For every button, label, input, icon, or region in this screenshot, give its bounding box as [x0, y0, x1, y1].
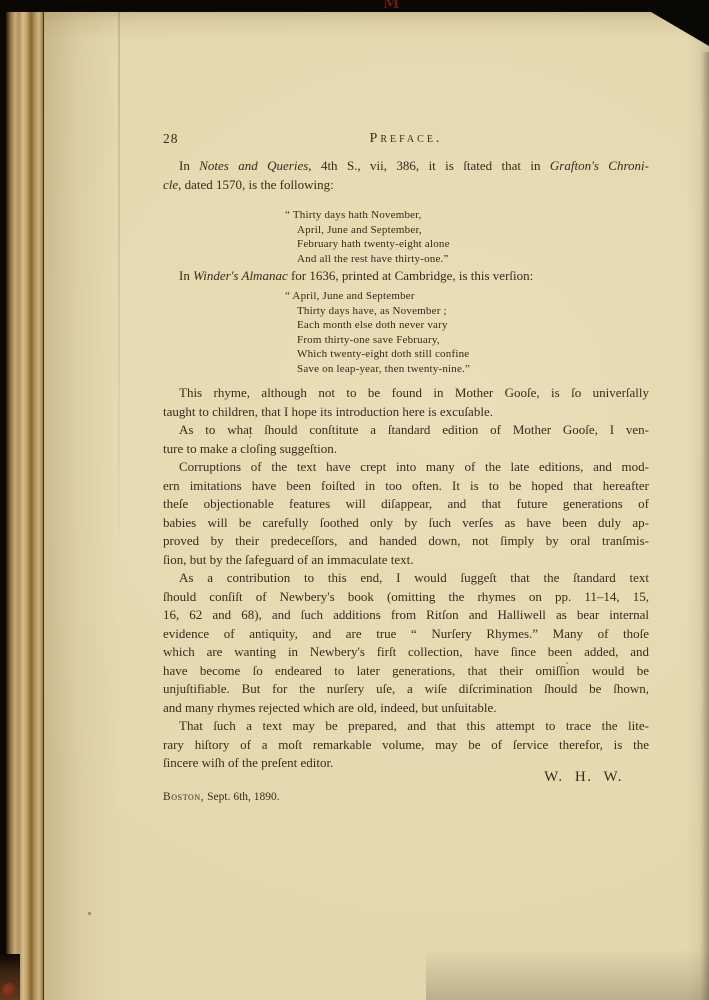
text-line: This rhyme, although not to be found in …	[163, 384, 649, 403]
text-line: And all the rest have thirty-one.”	[285, 252, 709, 267]
right-edge-shadow	[700, 52, 709, 1000]
text-line: “ April, June and September	[285, 289, 709, 304]
text-line: From thirty-one save February,	[285, 333, 709, 348]
text-line: evidence of antiquity, and are true “ Nu…	[163, 625, 649, 644]
paragraph-corruptions: Corruptions of the text have crept into …	[163, 458, 649, 569]
text-line: unjuſtifiable. But for the nurſery uſe, …	[163, 680, 649, 699]
text-line: 16, 62 and 68), and ſuch additions from …	[163, 606, 649, 625]
running-head: 28 Preface.	[163, 131, 649, 151]
text-line: rary hiſtory of a moſt remarkable volume…	[163, 736, 649, 755]
text-line: Thirty days have, as November ;	[285, 304, 709, 319]
dateline-date: Sept. 6th, 1890.	[204, 791, 279, 803]
text-line: taught to children, that I hope its intr…	[163, 403, 649, 422]
verse-grafton-chronicle: “ Thirty days hath November,April, June …	[163, 208, 709, 266]
text-line: Corruptions of the text have crept into …	[163, 458, 649, 477]
paragraph-contribution: As a contribution to this end, I would ſ…	[163, 569, 649, 717]
book-page: 28 Preface. In Notes and Queries, 4th S.…	[6, 12, 709, 1000]
text-line: have become ſo endeared to later generat…	[163, 662, 649, 681]
text-line: Each month else doth never vary	[285, 318, 709, 333]
page-crease	[118, 12, 120, 532]
text-line: As to what ſhould conſtitute a ſtandard …	[163, 421, 649, 440]
paragraph-standard-edition: As to what ſhould conſtitute a ſtandard …	[163, 421, 649, 458]
text-line: proved by their predeceſſors, and handed…	[163, 532, 649, 551]
text-line: Save on leap-year, then twenty-nine.”	[285, 362, 709, 377]
text-line: In Notes and Queries, 4th S., vii, 386, …	[163, 157, 649, 176]
text-line: ſion, but by the ſafeguard of an immacul…	[163, 551, 649, 570]
dateline-place: Boston,	[163, 791, 204, 803]
text-line: theſe objectionable features will diſapp…	[163, 495, 649, 514]
text-line: ture to make a cloſing suggeſtion.	[163, 440, 649, 459]
page-corner-shadow	[651, 12, 709, 46]
binding-edge	[6, 12, 44, 1000]
verse-winder-almanac: “ April, June and SeptemberThirty days h…	[163, 289, 709, 377]
text-line: February hath twenty-eight alone	[285, 237, 709, 252]
scanned-page: M 28 Preface. In Notes and Queries, 4th …	[0, 0, 709, 1000]
text-line: and many rhymes rejected which are old, …	[163, 699, 649, 718]
text-line: which are wanting in Newbery's firſt col…	[163, 643, 649, 662]
text-line: That ſuch a text may be prepared, and th…	[163, 717, 649, 736]
paragraph-rhyme: This rhyme, although not to be found in …	[163, 384, 649, 421]
cover-red-spot	[2, 983, 15, 998]
text-line: cle, dated 1570, is the following:	[163, 176, 649, 195]
text-line: ſhould conſiſt of Newbery's book (omitti…	[163, 588, 649, 607]
red-ink-mark: M	[383, 0, 400, 12]
text-line: In Winder's Almanac for 1636, printed at…	[163, 267, 649, 286]
paragraph-intro: In Notes and Queries, 4th S., vii, 386, …	[163, 157, 649, 194]
signature-initials: W. H. W.	[163, 769, 649, 786]
body-text: This rhyme, although not to be found in …	[163, 384, 649, 773]
dateline: Boston, Sept. 6th, 1890.	[163, 791, 649, 803]
text-line: ern imitations have been foiſted in too …	[163, 477, 649, 496]
text-line: Which twenty-eight doth still confine	[285, 347, 709, 362]
text-line: babies will be carefully ſoothed only by…	[163, 514, 649, 533]
paragraph-closing: That ſuch a text may be prepared, and th…	[163, 717, 649, 773]
running-head-title: Preface.	[163, 131, 649, 147]
page-content: 28 Preface. In Notes and Queries, 4th S.…	[163, 12, 649, 1000]
paragraph-winder: In Winder's Almanac for 1636, printed at…	[163, 267, 649, 286]
paper-speck	[88, 912, 91, 915]
text-line: “ Thirty days hath November,	[285, 208, 709, 223]
text-line: As a contribution to this end, I would ſ…	[163, 569, 649, 588]
text-line: April, June and September,	[285, 223, 709, 238]
